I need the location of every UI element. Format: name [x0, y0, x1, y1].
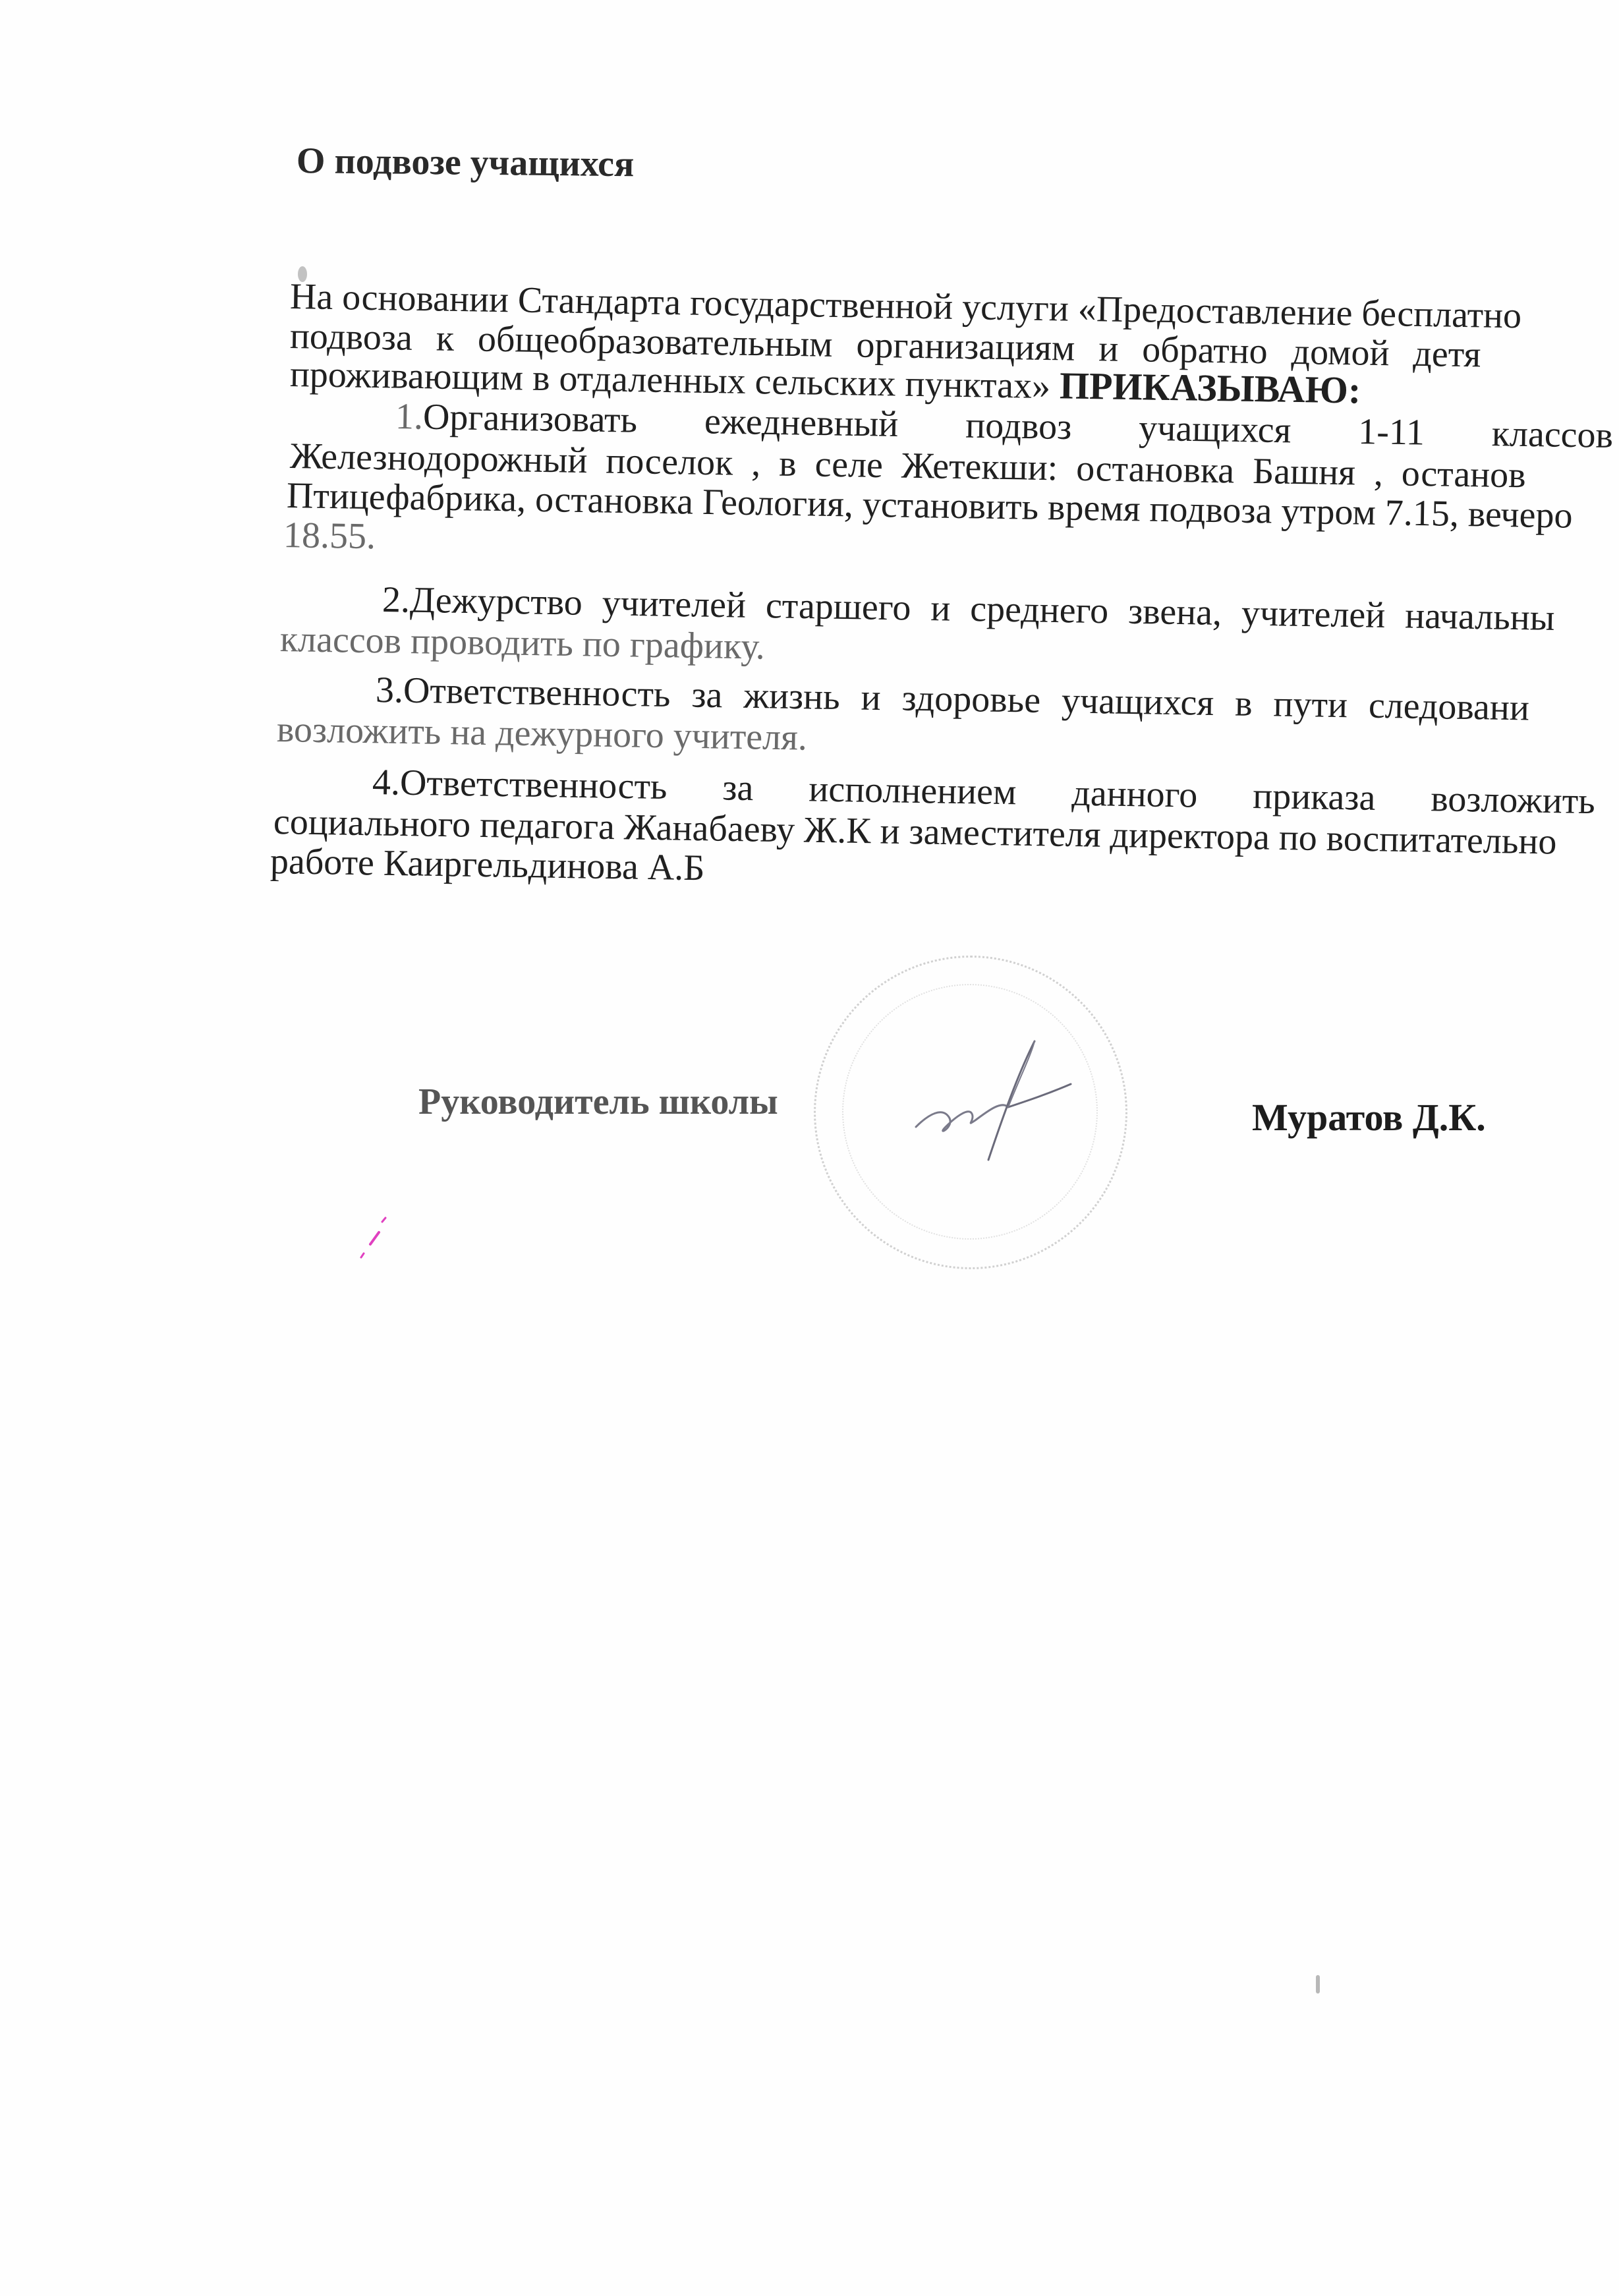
scanned-page: О подвозе учащихся На основании Стандарт… [0, 0, 1619, 2296]
item-1-line-4: 18.55. [283, 514, 376, 558]
item-3-number: 3. [376, 670, 404, 711]
item-3-text-2: возложить на дежурного учителя. [277, 709, 808, 759]
item-4-text-3: работе Каиргельдинова А.Б [270, 841, 705, 888]
item-1-number: 1. [395, 396, 424, 438]
item-1-text-4: 18.55. [283, 515, 376, 557]
pink-ink-mark [356, 1213, 395, 1265]
item-4-number: 4. [372, 762, 401, 803]
order-word: ПРИКАЗЫВАЮ: [1059, 364, 1361, 411]
item-4-line-3: работе Каиргельдинова А.Б [270, 840, 704, 889]
signatory-name: Муратов Д.К. [1252, 1095, 1486, 1139]
scan-artifact-line [1316, 1975, 1320, 1994]
item-3-line-2: возложить на дежурного учителя. [276, 708, 807, 759]
item-2-text-2: классов проводить по графику. [280, 619, 766, 668]
handwritten-signature [909, 1028, 1081, 1173]
document-title: О подвозе учащихся [297, 140, 635, 185]
item-2-line-2: классов проводить по графику. [279, 618, 765, 668]
item-2-number: 2. [382, 579, 411, 621]
signatory-role: Руководитель школы [418, 1081, 778, 1123]
